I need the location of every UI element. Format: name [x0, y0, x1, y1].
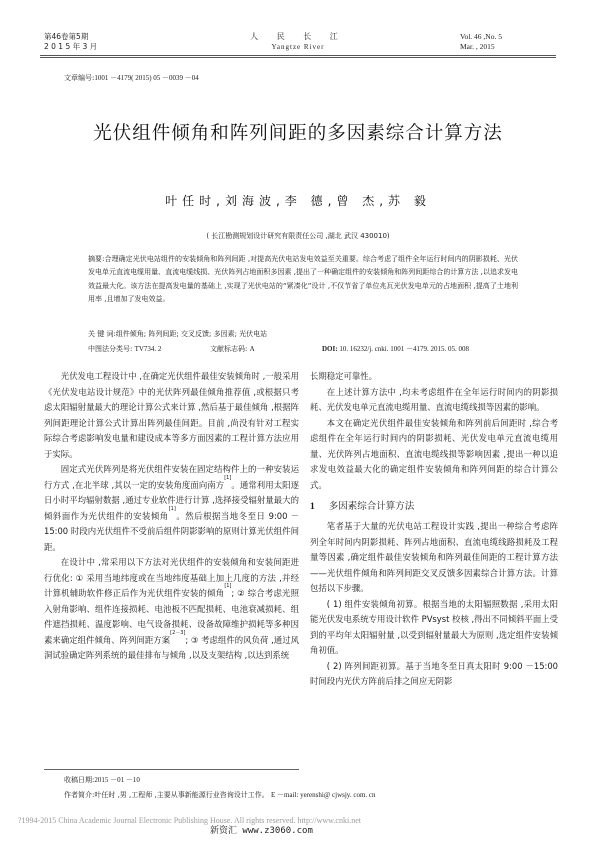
received-date: 收稿日期:2015 －01 －10	[64, 775, 140, 785]
watermark: 新资汇 www.z3060.com	[210, 823, 313, 836]
body-right-column: 长期稳定可靠性。 在上述计算方法中 ,均未考虑组件在全年运行时间内的阴影损耗、光…	[310, 369, 558, 690]
abstract: 摘要:合理确定光伏电站组件的安装倾角和阵列间距 ,对提高光伏电站发电效益至关重要…	[88, 253, 518, 306]
doi-label: DOI:	[322, 345, 338, 353]
footnote-rule	[44, 769, 299, 770]
doi-value: 10. 16232/j. cnki. 1001 －4179. 2015. 05.…	[339, 345, 469, 353]
author-bio: 作者简介:叶任时 ,男 ,工程师 ,主要从事新能源行业咨询设计工作。 E －ma…	[64, 790, 376, 800]
abstract-label: 摘要:	[88, 255, 104, 263]
keywords-label: 关 键 词:	[88, 330, 116, 338]
article-number: 文章编号:1001 －4179( 2015) 05 －0039 －04	[64, 73, 199, 83]
paragraph: ( 2) 阵列间距初算。基于当地冬至日真太阳时 9:00 －15:00 时间段内…	[310, 659, 558, 690]
paragraph: 在上述计算方法中 ,均未考虑组件在全年运行时间内的阴影损耗、光伏发电单元直流电缆…	[310, 385, 558, 416]
article-number-value: 1001 －4179( 2015) 05 －0039 －04	[94, 74, 198, 82]
section-title: 多因素综合计算方法	[329, 501, 415, 512]
paragraph: 长期稳定可靠性。	[310, 369, 558, 385]
doi: DOI: 10. 16232/j. cnki. 1001 －4179. 2015…	[322, 344, 469, 354]
classification-value: TV734. 2	[135, 345, 162, 353]
doc-code: 文献标志码: A	[210, 344, 255, 354]
classification-label: 中图法分类号:	[88, 345, 132, 353]
paragraph: 光伏发电工程设计中 ,在确定光伏组件最佳安装倾角时 ,一般采用《光伏发电站设计规…	[44, 369, 299, 462]
date-en: Mar. , 2015	[460, 42, 550, 52]
abstract-text: 合理确定光伏电站组件的安装倾角和阵列间距 ,对提高光伏电站发电效益至关重要。综合…	[88, 255, 518, 303]
paper-title: 光伏组件倾角和阵列间距的多因素综合计算方法	[0, 119, 596, 145]
bio-text: 叶任时 ,男 ,工程师 ,主要从事新能源行业咨询设计工作。	[94, 791, 268, 799]
classification: 中图法分类号: TV734. 2	[88, 344, 161, 354]
citation[interactable]: [1]	[169, 506, 176, 512]
header-rule-top	[40, 55, 556, 56]
body-left-column: 光伏发电工程设计中 ,在确定光伏组件最佳安装倾角时 ,一般采用《光伏发电站设计规…	[44, 369, 299, 664]
author-email[interactable]: E －mail: yerenshi@ cjwsjy. com. cn	[271, 791, 376, 799]
keywords-text: 组件倾角; 阵列间距; 交叉反馈; 多因素; 光伏电站	[116, 330, 267, 338]
paragraph: 固定式光伏阵列是将光伏组件安装在固定结构件上的一种安装运行方式 ,在北半球 ,其…	[44, 462, 299, 555]
affiliation: ( 长江勘测规划设计研究有限责任公司 ,湖北 武汉 430010)	[0, 231, 596, 241]
paragraph: ( 1) 组件安装倾角初算。根据当地的太阳辐照数据 ,采用太阳能光伏发电系统专用…	[310, 597, 558, 659]
section-number: 1	[310, 502, 315, 512]
volume-en: Vol. 46 ,No. 5	[460, 32, 550, 42]
received-value: 2015 －01 －10	[94, 776, 140, 784]
received-label: 收稿日期:	[64, 776, 94, 784]
journal-issue-en: Vol. 46 ,No. 5 Mar. , 2015	[460, 32, 550, 52]
paragraph: 笔者基于大量的光伏电站工程设计实践 ,提出一种综合考虑阵列全年时间内阴影损耗、阵…	[310, 519, 558, 597]
bio-label: 作者简介:	[64, 791, 94, 799]
doc-code-label: 文献标志码:	[210, 345, 247, 353]
doc-code-value: A	[250, 345, 255, 353]
header-rule-bottom	[40, 57, 556, 58]
paragraph: 在设计中 ,常采用以下方法对光伏组件的安装倾角和安装间距进行优化: ① 采用当地…	[44, 555, 299, 664]
section-heading: 1多因素综合计算方法	[310, 497, 558, 517]
keywords: 关 键 词:组件倾角; 阵列间距; 交叉反馈; 多因素; 光伏电站	[88, 329, 267, 339]
citation[interactable]: [2－3]	[170, 630, 185, 636]
authors: 叶任时,刘海波,李 德,曾 杰,苏 毅	[0, 192, 596, 209]
article-number-label: 文章编号:	[64, 74, 94, 82]
paragraph: 本文在确定光伏组件最佳安装倾角和阵列前后间距时 ,综合考虑组件在全年运行时间内的…	[310, 416, 558, 494]
